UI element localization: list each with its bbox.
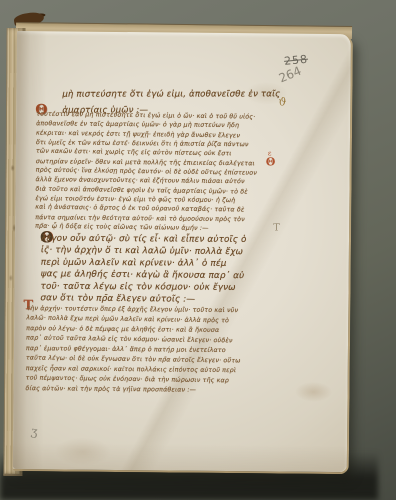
foliation: 258 264 [283,53,309,81]
folio-number-new: 264 [277,61,311,86]
heading-line: μὴ πιστεύσητε ὅτι ἐγώ εἰμι, ἀποθανεῖσθε … [62,86,284,102]
commentary-upper-block: τουτέστιν ἐὰν μὴ πιστεύσητε ὅτι ἐγώ εἰμι… [35,110,304,234]
lemma-block: λεγον οὖν αὐτῷ· σὺ τίς εἶ· καὶ εἶπεν αὐτ… [40,232,293,306]
text-line: τοῦ· ταῦτα λέγω εἰς τὸν κόσμον· οὐκ ἔγνω [41,281,293,295]
text-line: λεγον οὖν αὐτῷ· σὺ τίς εἶ· καὶ εἶπεν αὐτ… [41,233,293,247]
manuscript-photo: 258 264 μὴ πιστεύσητε ὅτι ἐγώ εἰμι, ἀποθ… [0,0,396,500]
text-line: περὶ ὑμῶν λαλεῖν καὶ κρίνειν· ἀλλ᾽ ὁ πέμ [41,257,293,271]
manuscript-page: 258 264 μὴ πιστεύσητε ὅτι ἐγώ εἰμι, ἀποθ… [13,31,353,474]
pencil-quire-mark: ʒ [30,424,39,439]
marginal-ornament-icon: ϑ [277,95,287,109]
commentary-lower-block: τὴν ἀρχήν· τουτέστιν ὅπερ ἐξ ἀρχῆς ἔλεγο… [26,304,311,397]
